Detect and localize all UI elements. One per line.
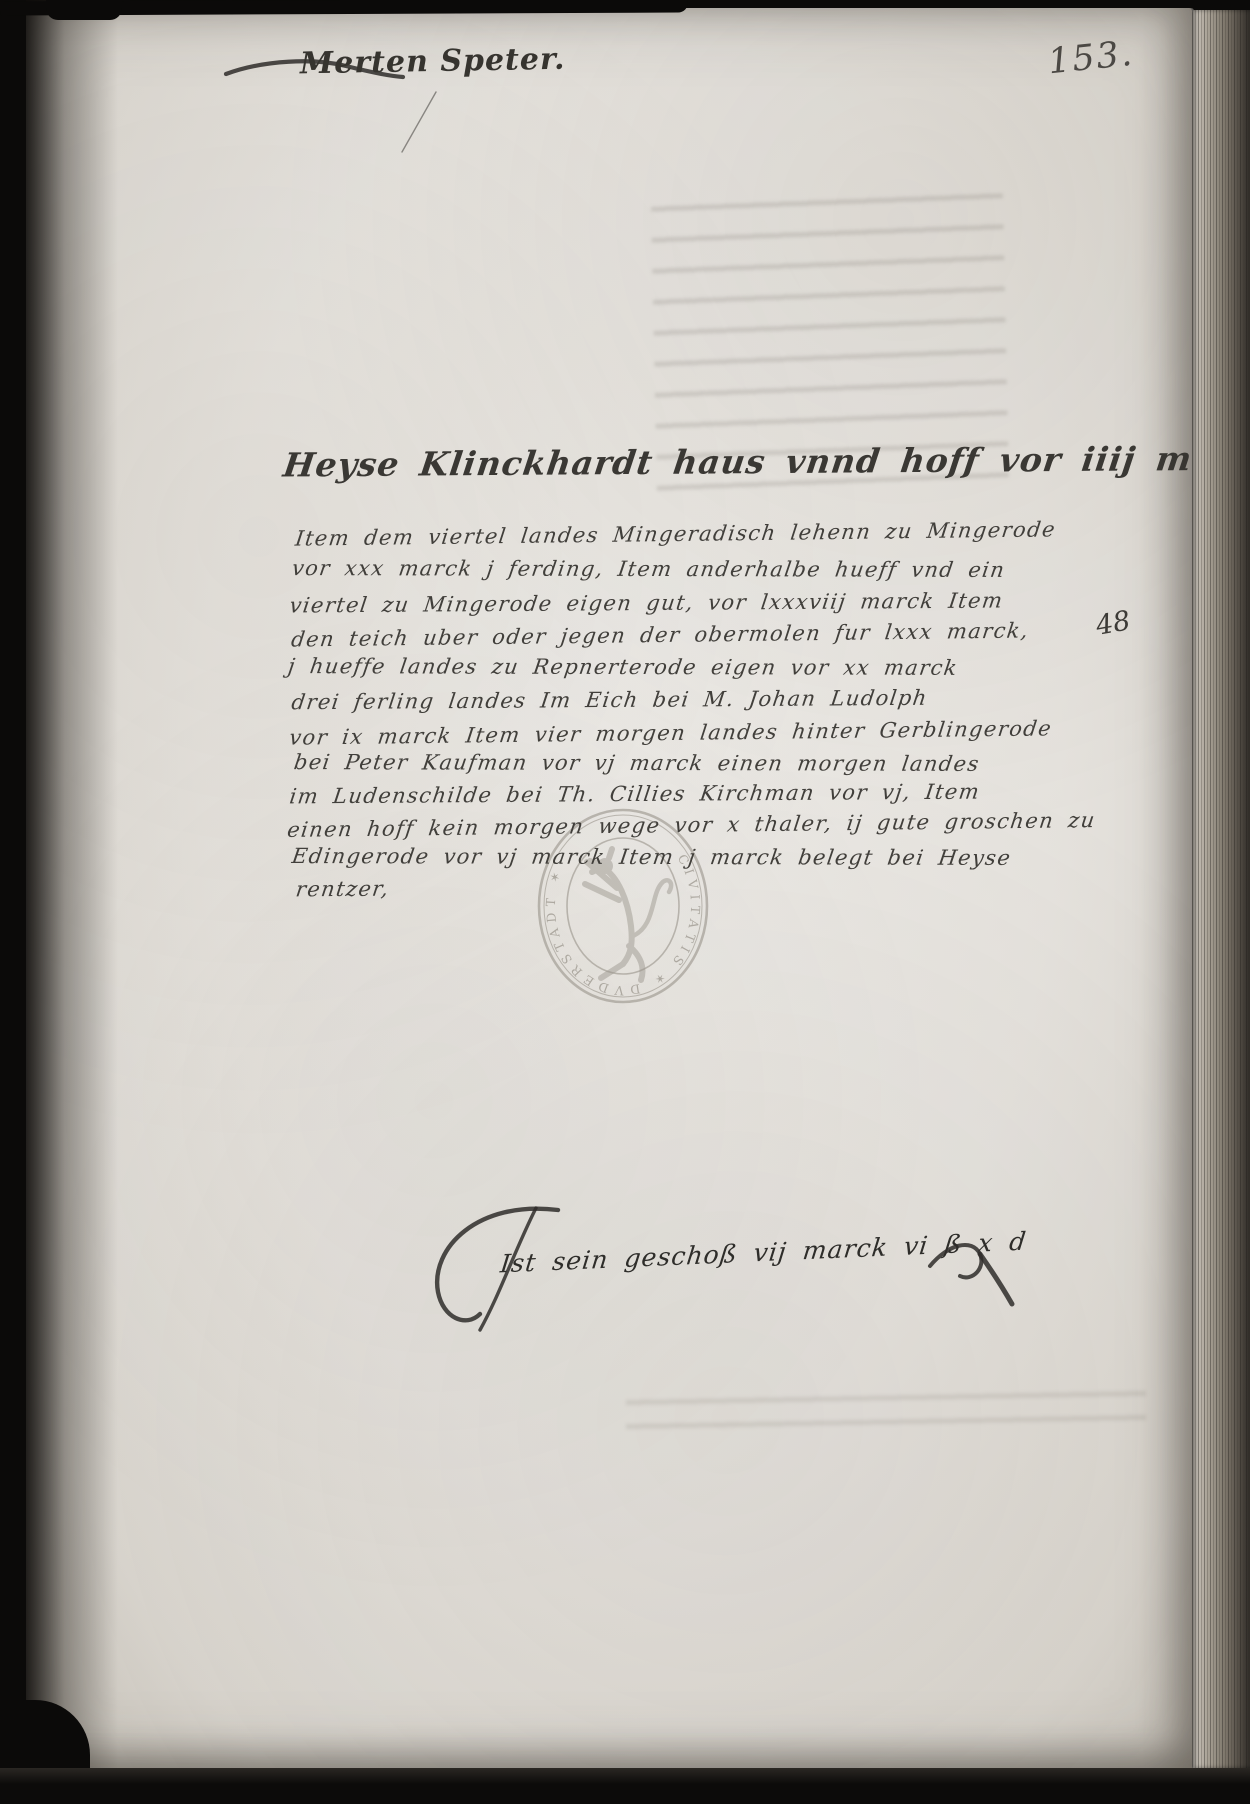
book-scan: { "document": { "folio_number": "153.", … xyxy=(0,0,1250,1804)
stacked-page-edges xyxy=(1192,10,1250,1768)
margin-note: 48 xyxy=(1094,605,1133,641)
manuscript-line: drei ferling landes Im Eich bei M. Johan… xyxy=(290,686,929,714)
pen-flourish-icon xyxy=(920,1222,1020,1317)
verso-showthrough xyxy=(626,1390,1146,1438)
manuscript-line: viertel zu Mingerode eigen gut, vor lxxx… xyxy=(288,589,1005,618)
manuscript-line: Heyse Klinckhardt haus vnnd hoff vor iii… xyxy=(281,439,1250,485)
manuscript-line: rentzer, xyxy=(294,877,391,902)
book-bottom-edge xyxy=(0,1768,1250,1804)
manuscript-line: j hueffe landes zu Repnerterode eigen vo… xyxy=(286,654,959,680)
entry-header-name: Merten Speter. xyxy=(300,42,566,82)
manuscript-line: im Ludenschilde bei Th. Cillies Kirchman… xyxy=(288,780,982,809)
book-top-edge xyxy=(46,0,122,20)
pen-hairline-icon xyxy=(392,88,442,158)
manuscript-line: Edingerode vor vj marck Item j marck bel… xyxy=(290,844,1013,870)
manuscript-line: bei Peter Kaufman vor vj marck einen mor… xyxy=(292,750,981,776)
manuscript-line: vor xxx marck j ferding, Item anderhalbe… xyxy=(290,556,1007,582)
